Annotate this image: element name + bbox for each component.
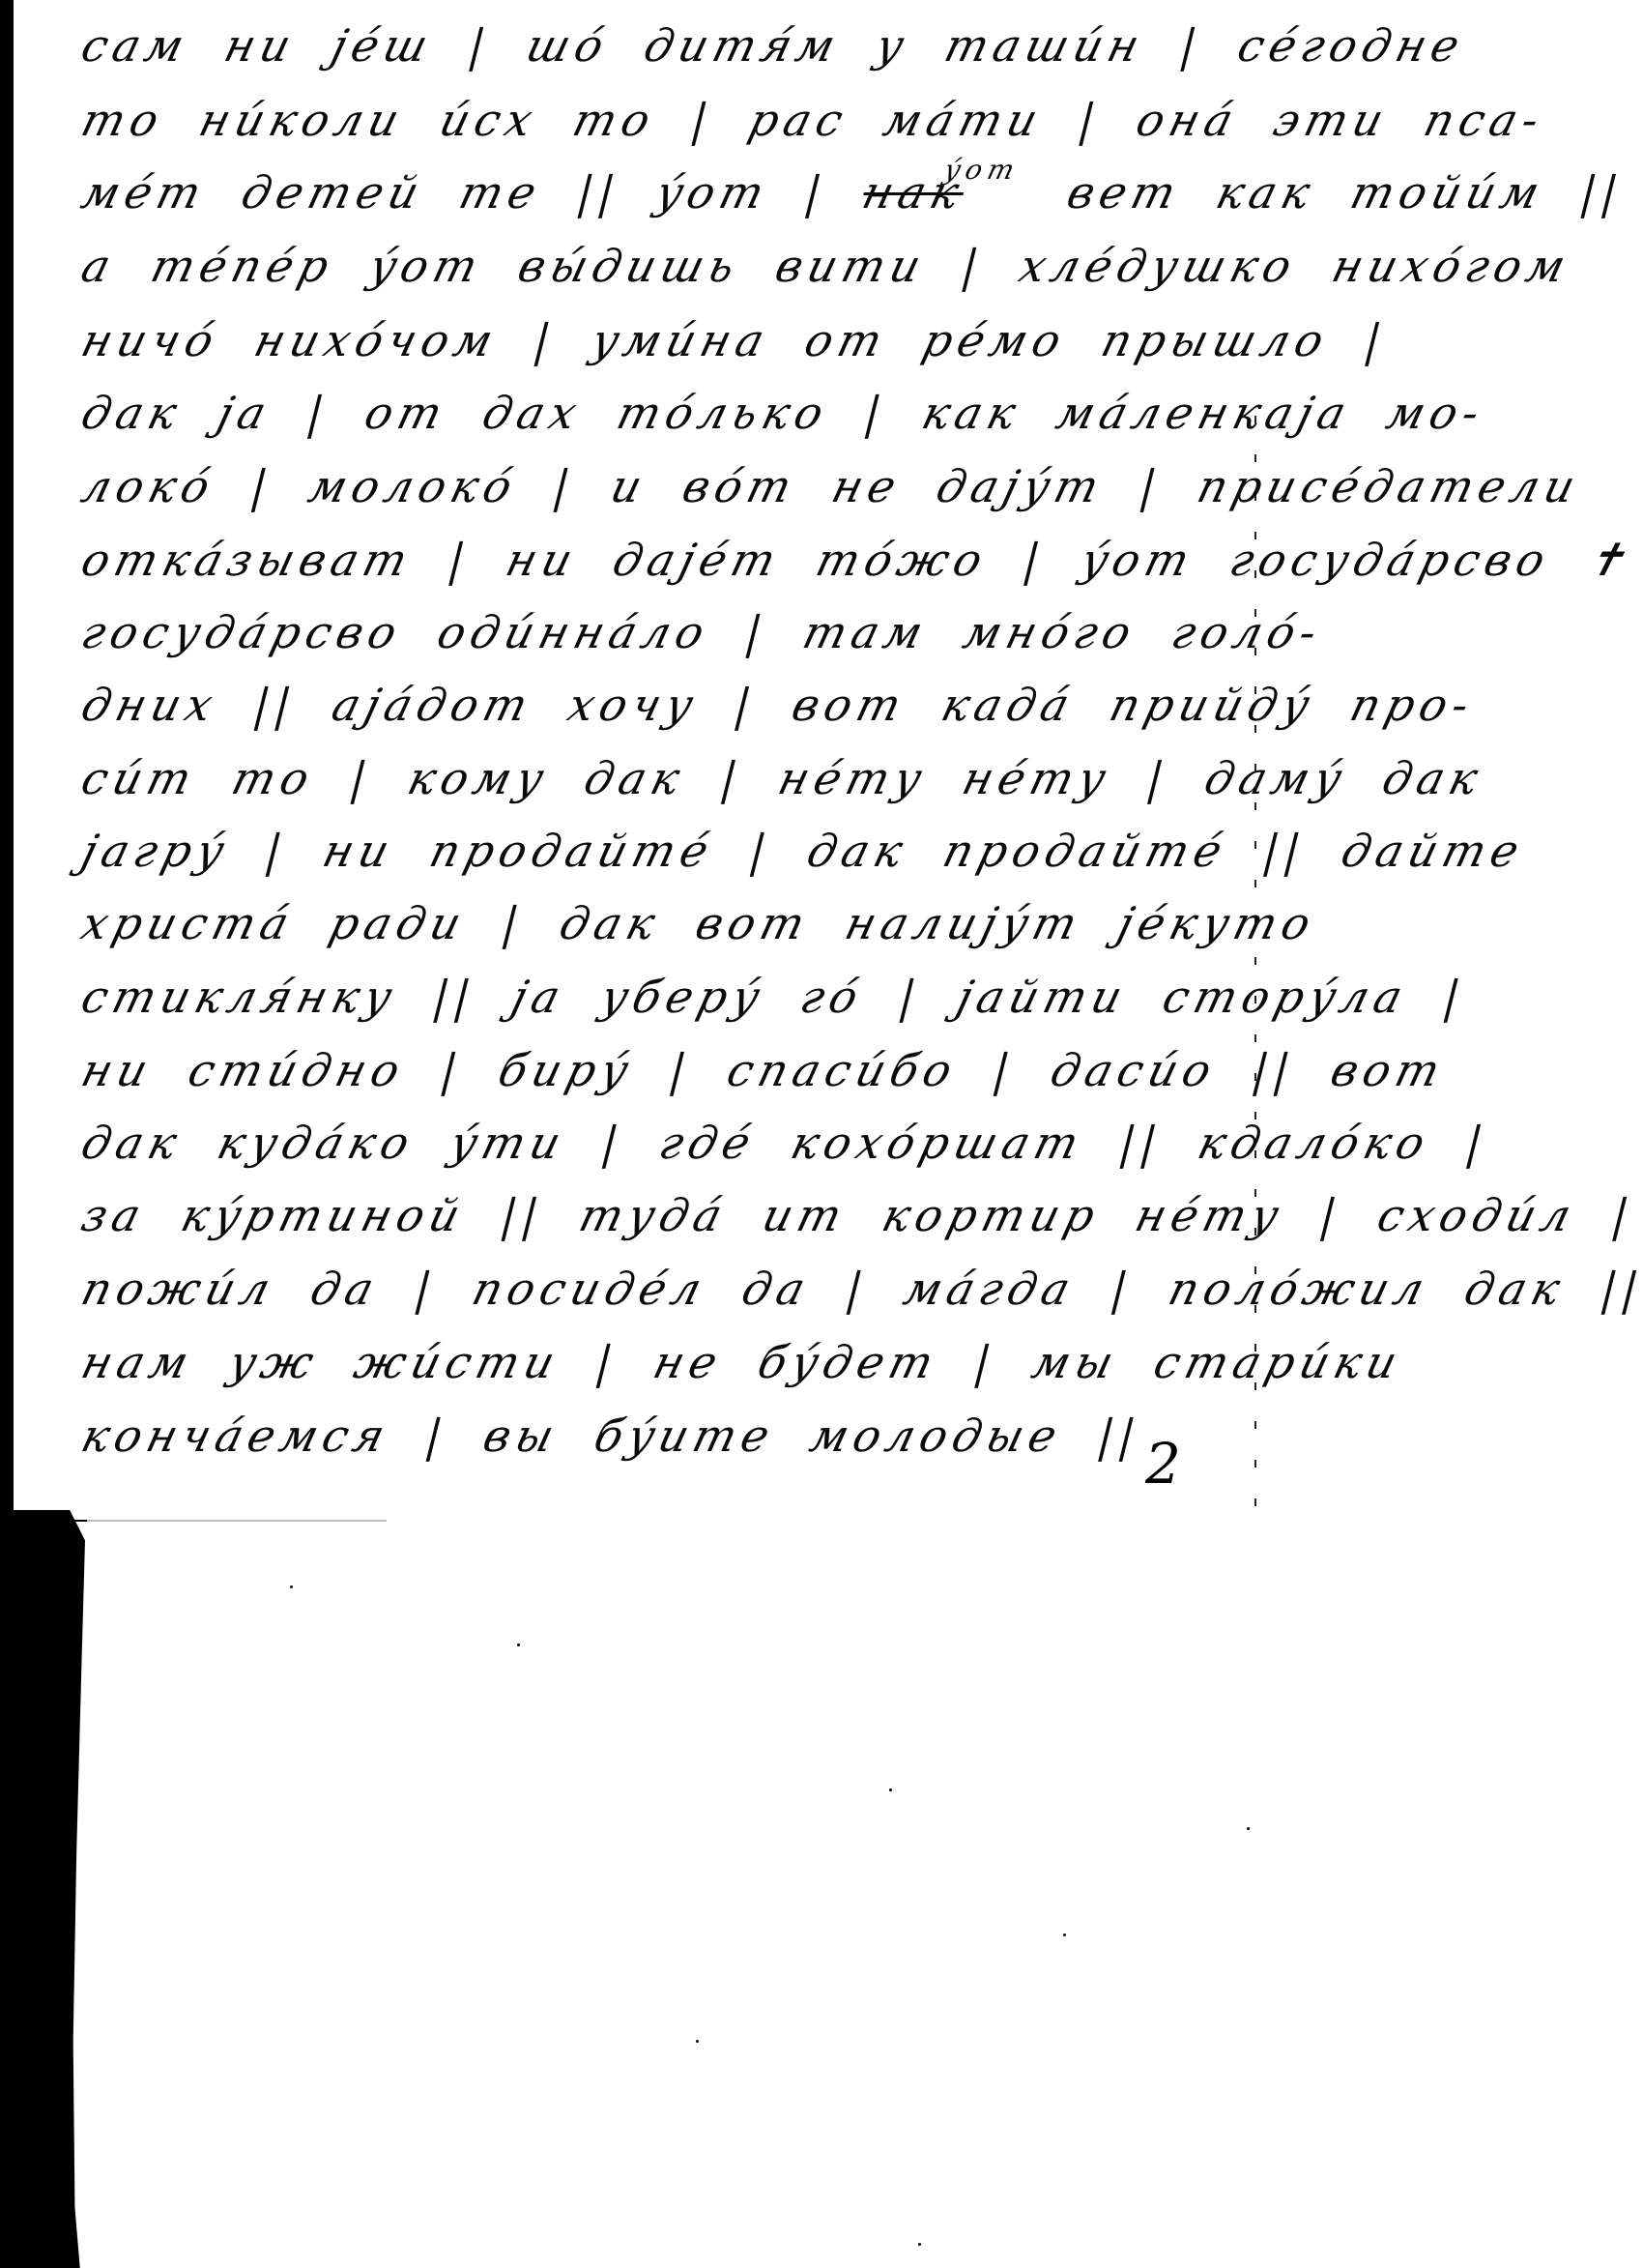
line-3-text: ме́т детей те || ýот | xyxy=(76,166,833,218)
scan-speck xyxy=(918,2243,921,2246)
text-line-20: конча́емся | вы бýите молодые || xyxy=(68,1410,1147,1497)
scan-dark-lower-margin xyxy=(0,1510,85,2268)
page-number: 2 xyxy=(1145,1431,1181,1497)
scan-speck xyxy=(517,1643,520,1646)
scan-speck xyxy=(1063,1934,1066,1936)
scan-speck xyxy=(290,1585,293,1588)
sheet-bottom-edge xyxy=(0,1520,1256,1522)
inserted-correction: ýот xyxy=(940,154,1023,186)
scan-dark-left-edge xyxy=(0,0,14,1523)
scan-speck xyxy=(1247,1827,1250,1830)
scan-speck xyxy=(696,2040,699,2043)
scan-speck xyxy=(889,1788,892,1791)
line-3-tail: вет как тойи́м || xyxy=(1062,166,1629,218)
handwritten-sheet: сам ни jéш | шо́ дитя́м у таши́н | се́го… xyxy=(68,0,1256,1518)
